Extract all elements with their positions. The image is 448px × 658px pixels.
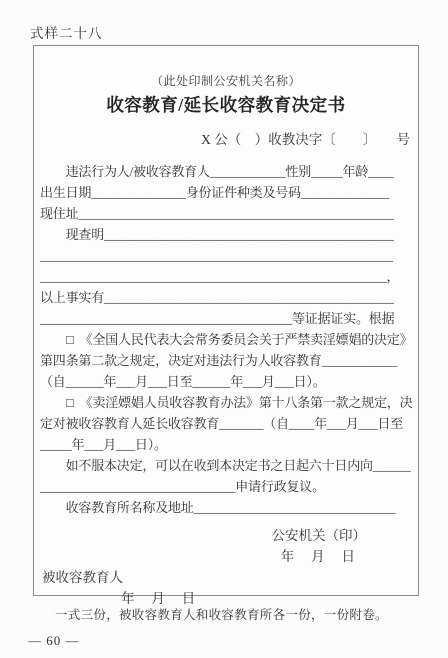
facility-line: 收容教育所名称及地址______________________________… [40,497,412,518]
decision1-line-3: （自______年___月___日至______年___月___日）。 [40,371,412,392]
document-box: （此处印制公安机关名称） 收容教育/延长收容教育决定书 X 公（ ）收教决字〔 … [33,45,419,596]
decision1-legal-basis: 《全国人民代表大会常务委员会关于严禁卖淫嫖娼的决定》 [80,332,412,347]
person-info-line-3: 现住址_____________________________________… [40,203,412,224]
decision2-line-1: □《卖淫嫖娼人员收容教育办法》第十八条第一款之规定，决 [40,392,412,413]
appeal-line-2: _______________________________申请行政复议。 [40,476,412,497]
evidence-line-2: ________________________________________… [40,308,412,329]
document-body: 违法行为人/被收容教育人____________性别_____年龄____ 出生… [40,161,412,609]
appeal-line-1: 如不服本决定，可以在收到本决定书之日起六十日内向______ [40,455,412,476]
findings-blank-line-1: ________________________________________… [40,245,412,266]
document-page: 式样二十八 （此处印制公安机关名称） 收容教育/延长收容教育决定书 X 公（ ）… [0,0,448,658]
decision1-line-2: 第四条第二款之规定，决定对违法行为人收容教育____________ [40,350,412,371]
findings-line-1: 现查明_____________________________________… [40,224,412,245]
agency-name-placeholder: （此处印制公安机关名称） [40,72,412,89]
authority-date-line: 年 月 日 [40,546,412,567]
person-info-line-1: 违法行为人/被收容教育人____________性别_____年龄____ [40,161,412,182]
decision2-legal-basis: 《卖淫嫖娼人员收容教育办法》第十八条第一款之规定，决 [80,395,412,410]
document-number-line: X 公（ ）收教决字〔 〕 号 [40,128,412,148]
findings-blank-line-2: ________________________________________… [40,266,412,287]
copies-note: 一式三份，被收容教育人和收容教育所各一份，一份附卷。 [55,605,448,623]
decision2-checkbox-icon[interactable]: □ [66,395,74,410]
detainee-signature-line: 被收容教育人 [40,567,412,588]
evidence-line-1: 以上事实有___________________________________… [40,287,412,308]
person-info-line-2: 出生日期_______________身份证件种类及号码____________… [40,182,412,203]
decision2-line-3: _____年___月___日）。 [40,434,412,455]
decision1-checkbox-icon[interactable]: □ [66,332,74,347]
decision2-line-2: 定对被收容教育人延长收容教育_______（自____年___月___日至 [40,413,412,434]
document-title: 收容教育/延长收容教育决定书 [40,92,412,117]
form-type-label: 式样二十八 [30,0,448,42]
authority-seal-line: 公安机关（印） [40,525,412,546]
decision1-line-1: □《全国人民代表大会常务委员会关于严禁卖淫嫖娼的决定》 [40,329,412,350]
page-number: — 60 — [28,633,448,649]
